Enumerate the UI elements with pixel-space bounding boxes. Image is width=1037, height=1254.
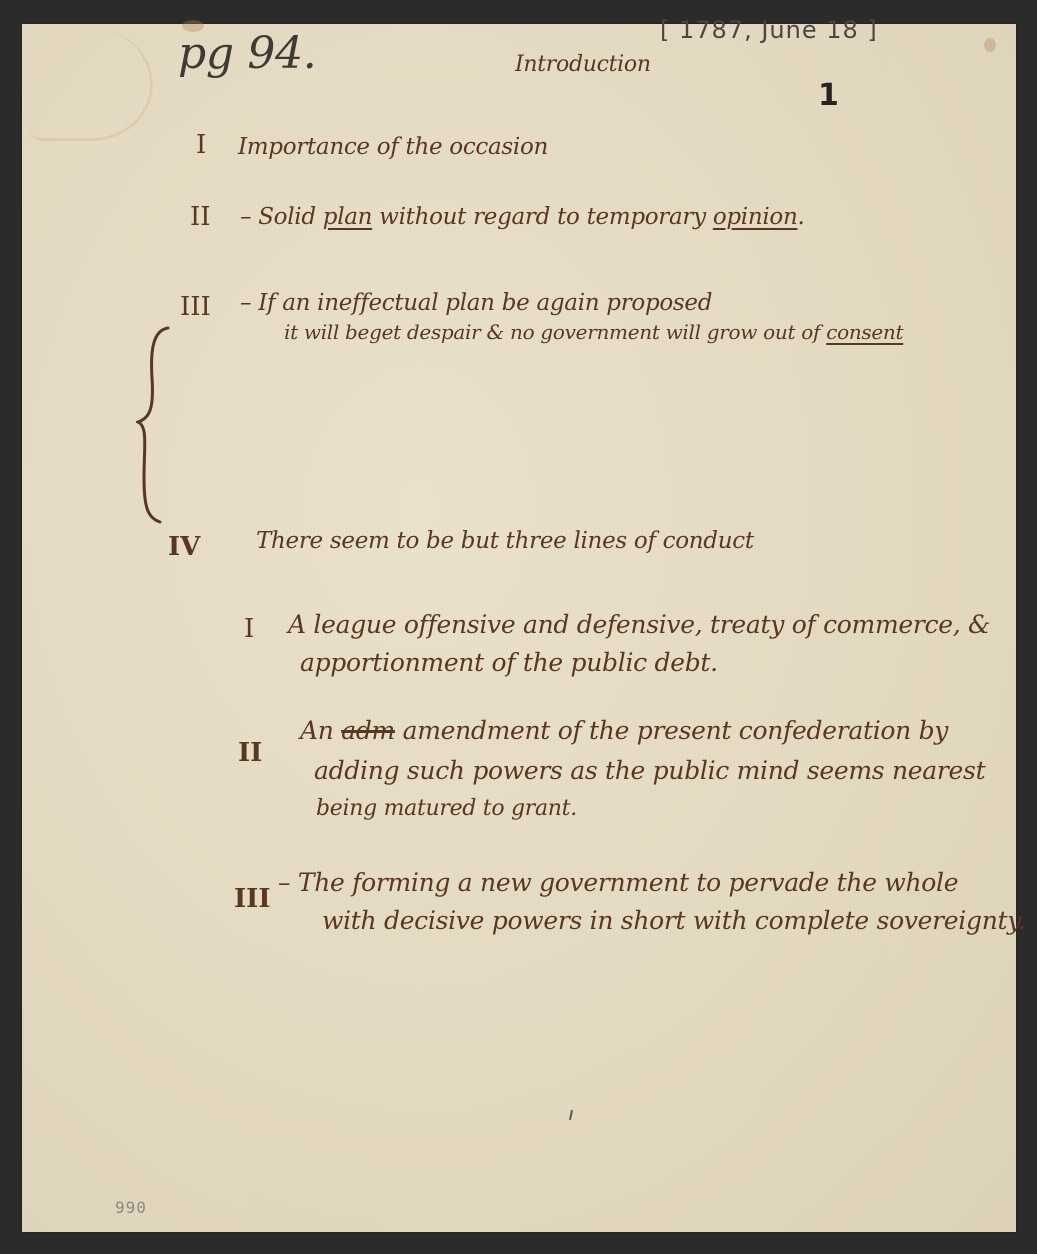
item-numeral: II <box>190 202 211 232</box>
underlined-word: consent <box>826 320 903 344</box>
archive-stamp-number: 990 <box>115 1198 147 1217</box>
item-text: There seem to be but three lines of cond… <box>256 528 754 554</box>
underlined-word: opinion <box>713 204 798 230</box>
item-text-continuation: it will beget despair & no government wi… <box>284 320 903 344</box>
subitem-text-continuation: adding such powers as the public mind se… <box>314 756 985 785</box>
page-reference: pg 94. <box>178 28 317 79</box>
underlined-word: plan <box>323 204 372 230</box>
date-annotation: [ 1787, June 18 ] <box>660 16 878 44</box>
ink-spot <box>984 38 996 52</box>
item-text: Importance of the occasion <box>238 134 548 160</box>
subitem-text: A league offensive and defensive, treaty… <box>288 610 990 639</box>
subitem-text: – The forming a new government to pervad… <box>278 868 958 897</box>
item-numeral: III <box>180 292 211 322</box>
subitem-text-continuation: apportionment of the public debt. <box>300 648 718 677</box>
item-text: – If an ineffectual plan be again propos… <box>240 290 712 316</box>
subitem-numeral: II <box>238 738 262 768</box>
item-text: – Solid plan without regard to temporary… <box>240 204 804 230</box>
curly-brace-icon <box>136 318 176 528</box>
subitem-text-part: amendment of the present confederation b… <box>403 716 949 745</box>
struck-word: adm <box>341 716 395 745</box>
subitem-text-part: An <box>300 716 334 745</box>
subitem-text: An adm amendment of the present confeder… <box>300 716 948 745</box>
subitem-text-continuation: being matured to grant. <box>316 796 577 821</box>
water-stain <box>30 28 153 141</box>
item-text-part: it will beget despair & no government wi… <box>284 320 826 344</box>
subitem-numeral: I <box>244 614 254 644</box>
item-numeral: IV <box>168 532 200 562</box>
item-text-part: – Solid <box>240 204 323 230</box>
item-numeral: I <box>196 130 206 160</box>
page-number: 1 <box>818 78 839 113</box>
subitem-numeral: III <box>234 884 271 914</box>
subitem-text-continuation: with decisive powers in short with compl… <box>322 906 1025 935</box>
item-text-part: . <box>797 204 804 230</box>
document-title: Introduction <box>515 52 651 77</box>
item-text-part: without regard to temporary <box>372 204 713 230</box>
